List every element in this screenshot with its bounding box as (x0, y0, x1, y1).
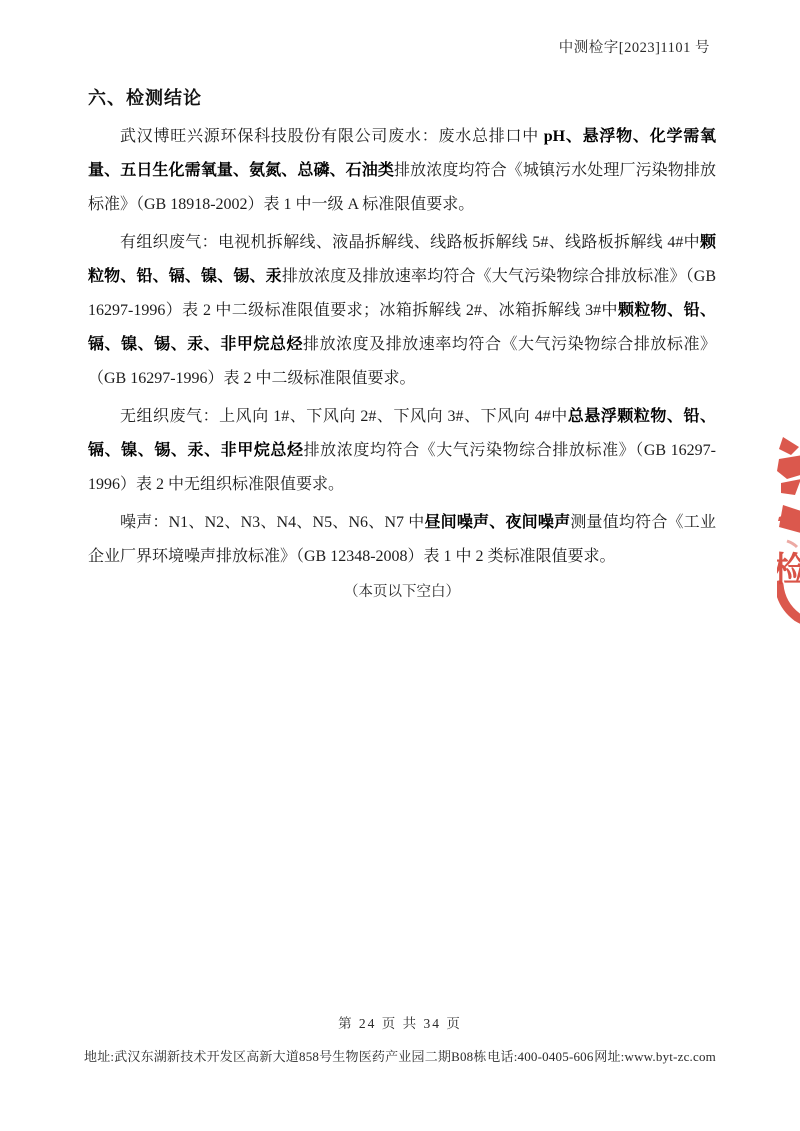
paragraph-wastewater: 武汉博旺兴源环保科技股份有限公司废水：废水总排口中 pH、悬浮物、化学需氧量、五… (88, 120, 716, 222)
paragraph-organized-exhaust: 有组织废气：电视机拆解线、液晶拆解线、线路板拆解线 5#、线路板拆解线 4#中颗… (88, 226, 716, 396)
footer-phone: 电话:400-0405-606 (487, 1046, 593, 1065)
svg-text:检: 检 (777, 550, 800, 590)
document-number: 中测检字[2023]1101 号 (559, 36, 710, 57)
footer-website: 网址:www.byt-zc.com (594, 1046, 716, 1065)
red-seal-graphic: 检 (777, 433, 800, 625)
report-conclusion-section: 六、检测结论 武汉博旺兴源环保科技股份有限公司废水：废水总排口中 pH、悬浮物、… (88, 84, 716, 601)
footer-contact-line: 地址:武汉东湖新技术开发区高新大道858号生物医药产业园二期B08栋 电话:40… (84, 1046, 716, 1065)
blank-below-note: （本页以下空白） (88, 580, 716, 601)
document-page: 中测检字[2023]1101 号 六、检测结论 武汉博旺兴源环保科技股份有限公司… (0, 0, 800, 1131)
paragraph-noise: 噪声：N1、N2、N3、N4、N5、N6、N7 中昼间噪声、夜间噪声测量值均符合… (88, 506, 716, 574)
page-indicator: 第 24 页 共 34 页 (0, 1012, 800, 1032)
section-title: 六、检测结论 (88, 84, 716, 110)
footer-address: 地址:武汉东湖新技术开发区高新大道858号生物医药产业园二期B08栋 (84, 1046, 487, 1065)
paragraph-unorganized-exhaust: 无组织废气：上风向 1#、下风向 2#、下风向 3#、下风向 4#中总悬浮颗粒物… (88, 400, 716, 502)
red-seal-stamp: 检 (777, 433, 800, 625)
